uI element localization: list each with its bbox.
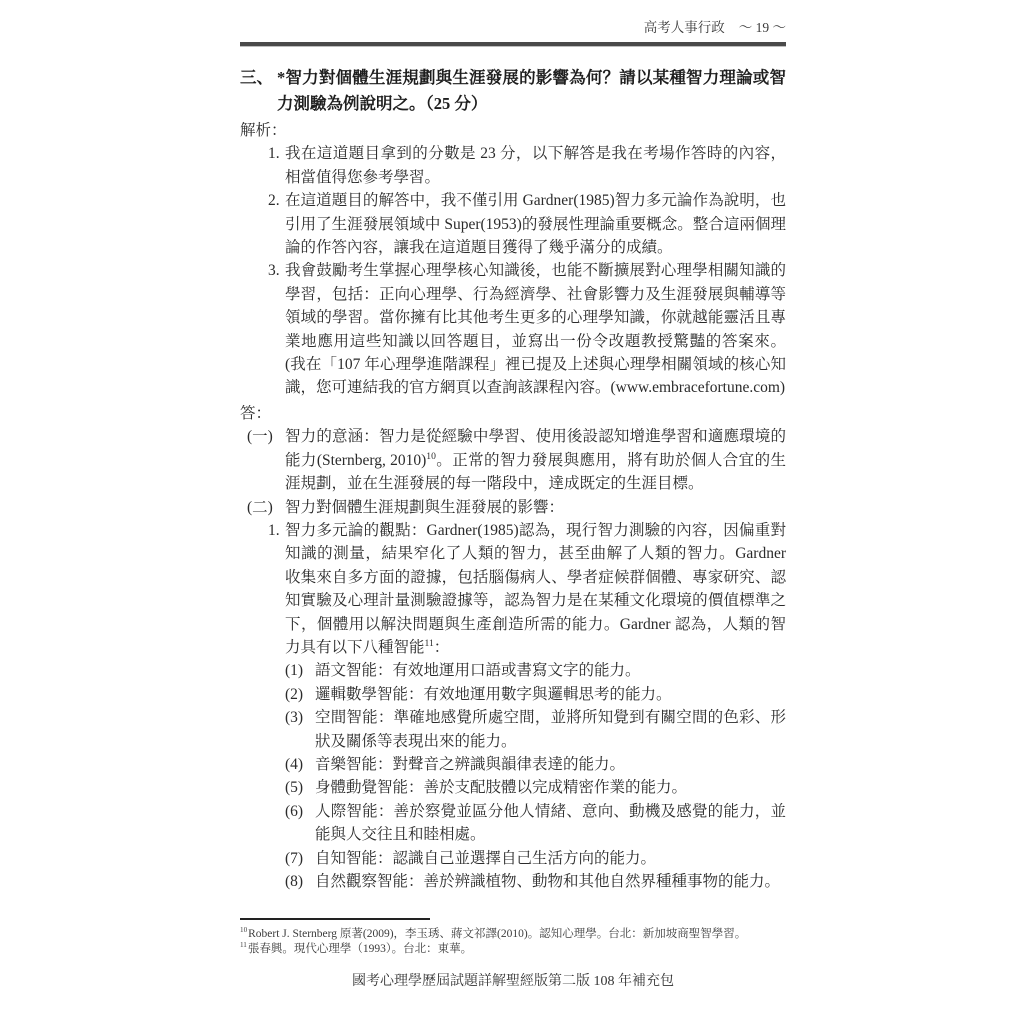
analysis-item-text: 在這道題目的解答中，我不僅引用 Gardner(1985)智力多元論作為說明，也…	[285, 189, 786, 259]
answer-item-1: (一) 智力的意涵：智力是從經驗中學習、使用後設認知增進學習和適應環境的能力(S…	[240, 425, 786, 495]
intelligence-item-3: (3) 空間智能：準確地感覺所處空間，並將所知覺到有關空間的色彩、形狀及關係等表…	[240, 706, 786, 753]
intelligence-text: 語文智能：有效地運用口語或書寫文字的能力。	[315, 659, 786, 682]
list-marker: (3)	[285, 706, 315, 753]
intelligence-text: 空間智能：準確地感覺所處空間，並將所知覺到有關空間的色彩、形狀及關係等表現出來的…	[315, 706, 786, 753]
analysis-item-text: 我會鼓勵考生掌握心理學核心知識後，也能不斷擴展對心理學相關知識的學習，包括：正向…	[285, 259, 786, 399]
intelligence-text: 自然觀察智能：善於辨識植物、動物和其他自然界種種事物的能力。	[315, 870, 786, 893]
intelligence-item-7: (7) 自知智能：認識自己並選擇自己生活方向的能力。	[240, 847, 786, 870]
list-marker: (二)	[247, 496, 285, 519]
question-title: 三、 *智力對個體生涯規劃與生涯發展的影響為何？請以某種智力理論或智力測驗為例說…	[240, 65, 786, 117]
footnote-number: 11	[240, 941, 247, 949]
text-segment: ：	[434, 639, 450, 656]
page-header: 高考人事行政 ～ 19 ～	[240, 18, 786, 38]
intelligence-item-2: (2) 邏輯數學智能：有效地運用數字與邏輯思考的能力。	[240, 683, 786, 706]
footnote-ref-10: 10	[426, 451, 436, 462]
intelligence-item-5: (5) 身體動覺智能：善於支配肢體以完成精密作業的能力。	[240, 776, 786, 799]
list-marker: (5)	[285, 776, 315, 799]
header-section-title: 高考人事行政	[644, 18, 725, 38]
question-number: 三、	[240, 65, 277, 117]
answer-sub-item-1: 1. 智力多元論的觀點：Gardner(1985)認為，現行智力測驗的內容，因偏…	[240, 519, 786, 659]
footnote-divider	[240, 918, 430, 920]
footnote-ref-11: 11	[425, 638, 434, 649]
answer-item-heading: 智力對個體生涯規劃與生涯發展的影響：	[285, 496, 786, 519]
list-marker: (8)	[285, 870, 315, 893]
list-marker: 2.	[268, 189, 285, 259]
answer-item-text: 智力的意涵：智力是從經驗中學習、使用後設認知增進學習和適應環境的能力(Stern…	[285, 425, 786, 495]
footnote-text: 張春興。現代心理學（1993）。台北：東華。	[248, 943, 472, 955]
header-divider	[240, 42, 786, 47]
analysis-label: 解析：	[240, 119, 786, 142]
page-content: 高考人事行政 ～ 19 ～ 三、 *智力對個體生涯規劃與生涯發展的影響為何？請以…	[240, 18, 786, 893]
footnote-11: 11張春興。現代心理學（1993）。台北：東華。	[240, 942, 786, 957]
list-marker: (6)	[285, 800, 315, 847]
intelligence-item-8: (8) 自然觀察智能：善於辨識植物、動物和其他自然界種種事物的能力。	[240, 870, 786, 893]
intelligence-text: 人際智能：善於察覺並區分他人情緒、意向、動機及感覺的能力，並能與人交往且和睦相處…	[315, 800, 786, 847]
intelligence-item-6: (6) 人際智能：善於察覺並區分他人情緒、意向、動機及感覺的能力，並能與人交往且…	[240, 800, 786, 847]
list-marker: (一)	[247, 425, 285, 495]
answer-sub-item-text: 智力多元論的觀點：Gardner(1985)認為，現行智力測驗的內容，因偏重對知…	[285, 519, 786, 659]
question-text: *智力對個體生涯規劃與生涯發展的影響為何？請以某種智力理論或智力測驗為例說明之。…	[277, 65, 786, 117]
intelligence-item-1: (1) 語文智能：有效地運用口語或書寫文字的能力。	[240, 659, 786, 682]
footnote-10: 10Robert J. Sternberg 原著(2009)，李玉琇、蔣文祁譯(…	[240, 927, 786, 942]
header-page-number: ～ 19 ～	[739, 18, 786, 38]
answer-item-2: (二) 智力對個體生涯規劃與生涯發展的影響：	[240, 496, 786, 519]
analysis-item-text: 我在這道題目拿到的分數是 23 分，以下解答是我在考場作答時的內容，相當值得您參…	[285, 142, 786, 189]
list-marker: (2)	[285, 683, 315, 706]
intelligence-text: 身體動覺智能：善於支配肢體以完成精密作業的能力。	[315, 776, 786, 799]
footnote-text: Robert J. Sternberg 原著(2009)，李玉琇、蔣文祁譯(20…	[248, 928, 746, 940]
list-marker: (1)	[285, 659, 315, 682]
intelligence-text: 邏輯數學智能：有效地運用數字與邏輯思考的能力。	[315, 683, 786, 706]
list-marker: (7)	[285, 847, 315, 870]
list-marker: 3.	[268, 259, 285, 399]
book-title-footer: 國考心理學歷屆試題詳解聖經版第二版 108 年補充包	[240, 970, 786, 990]
answer-label: 答：	[240, 402, 786, 425]
list-marker: 1.	[268, 519, 285, 659]
document-page: 高考人事行政 ～ 19 ～ 三、 *智力對個體生涯規劃與生涯發展的影響為何？請以…	[0, 0, 1024, 1024]
analysis-item-1: 1. 我在這道題目拿到的分數是 23 分，以下解答是我在考場作答時的內容，相當值…	[240, 142, 786, 189]
footnote-number: 10	[240, 926, 247, 934]
analysis-item-3: 3. 我會鼓勵考生掌握心理學核心知識後，也能不斷擴展對心理學相關知識的學習，包括…	[240, 259, 786, 399]
intelligence-item-4: (4) 音樂智能：對聲音之辨識與韻律表達的能力。	[240, 753, 786, 776]
intelligence-text: 音樂智能：對聲音之辨識與韻律表達的能力。	[315, 753, 786, 776]
list-marker: 1.	[268, 142, 285, 189]
page-bottom: 10Robert J. Sternberg 原著(2009)，李玉琇、蔣文祁譯(…	[240, 918, 786, 990]
intelligence-text: 自知智能：認識自己並選擇自己生活方向的能力。	[315, 847, 786, 870]
text-segment: 智力多元論的觀點：Gardner(1985)認為，現行智力測驗的內容，因偏重對知…	[285, 522, 786, 656]
analysis-item-2: 2. 在這道題目的解答中，我不僅引用 Gardner(1985)智力多元論作為說…	[240, 189, 786, 259]
list-marker: (4)	[285, 753, 315, 776]
